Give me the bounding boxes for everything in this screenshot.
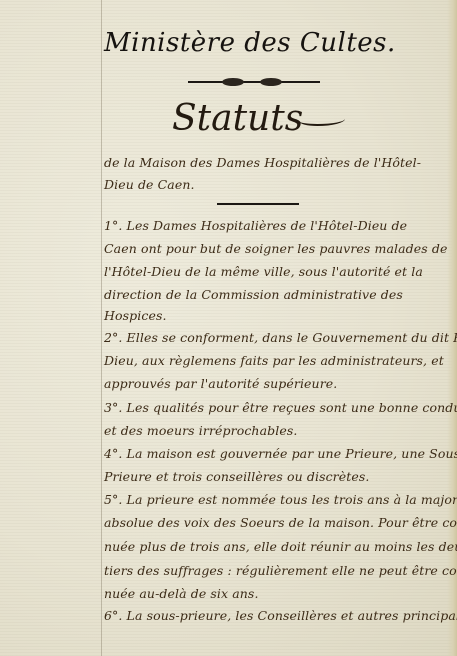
ornamental-divider xyxy=(188,78,320,86)
document-title: Statuts xyxy=(172,98,345,139)
article-1-line: Hospices. xyxy=(104,308,167,323)
article-5-line: absolue des voix des Soeurs de la maison… xyxy=(104,515,457,530)
article-2-line: Dieu, aux règlemens faits par les admini… xyxy=(104,353,444,368)
manuscript-page: Ministère des Cultes. Statuts de la Mais… xyxy=(0,0,457,656)
article-2-line: 2°. Elles se conforment, dans le Gouvern… xyxy=(104,330,457,345)
article-5-line: 5°. La prieure est nommée tous les trois… xyxy=(104,492,457,507)
article-5-line: tiers des suffrages : régulièrement elle… xyxy=(104,563,457,578)
article-5-line: nuée au-delà de six ans. xyxy=(104,586,259,601)
article-1-line: Caen ont pour but de soigner les pauvres… xyxy=(104,241,447,256)
ornament-knot xyxy=(260,78,282,86)
section-rule xyxy=(217,203,299,205)
article-5-line: nuée plus de trois ans, elle doit réunir… xyxy=(104,539,457,554)
article-3-line: et des moeurs irréprochables. xyxy=(104,423,297,438)
title-flourish xyxy=(299,114,345,126)
article-1-line: l'Hôtel-Dieu de la même ville, sous l'au… xyxy=(104,264,423,279)
article-4-line: 4°. La maison est gouvernée par une Prie… xyxy=(104,446,457,461)
article-6-line: 6°. La sous-prieure, les Conseillères et… xyxy=(104,608,457,623)
article-1-line: direction de la Commission administrativ… xyxy=(104,287,403,302)
article-4-line: Prieure et trois conseillères ou discrèt… xyxy=(104,469,369,484)
page-edge-wear xyxy=(447,0,457,656)
article-2-line: approuvés par l'autorité supérieure. xyxy=(104,376,337,391)
margin-line xyxy=(101,0,102,656)
intro-line: de la Maison des Dames Hospitalières de … xyxy=(104,155,421,170)
ornament-knot xyxy=(222,78,244,86)
document-header: Ministère des Cultes. xyxy=(104,28,424,58)
intro-line: Dieu de Caen. xyxy=(104,177,195,192)
article-1-line: 1°. Les Dames Hospitalières de l'Hôtel-D… xyxy=(104,218,407,233)
article-3-line: 3°. Les qualités pour être reçues sont u… xyxy=(104,400,457,415)
